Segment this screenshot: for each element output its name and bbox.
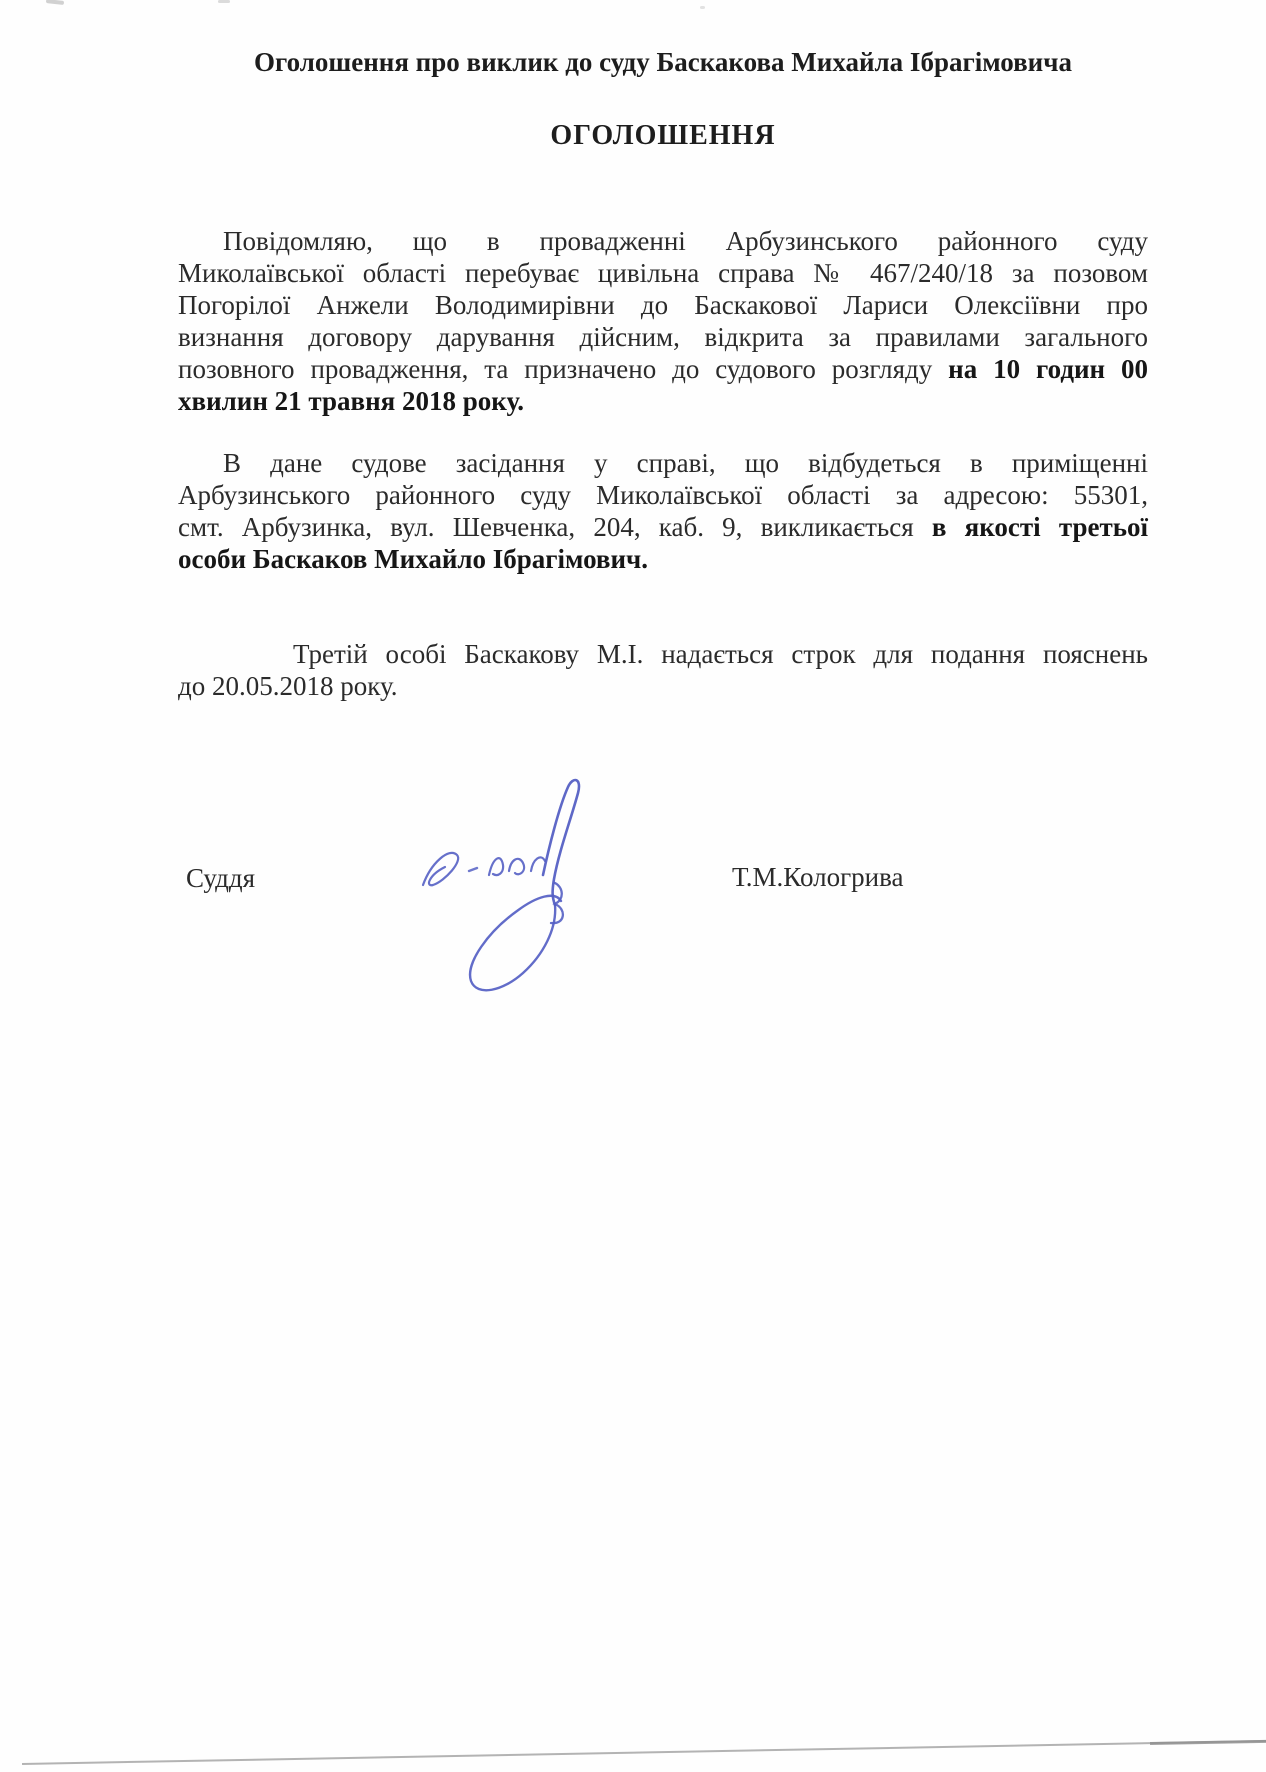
paragraph-case-info: Повідомляю, що в провадженні Арбузинсько… [178, 225, 1148, 417]
text-line: Арбузинського районного суду Миколаївськ… [178, 479, 1148, 511]
announcement-heading: ОГОЛОШЕННЯ [178, 120, 1148, 152]
text-line: до 20.05.2018 року. [178, 670, 1148, 702]
scan-edge-line [22, 1740, 1266, 1765]
scan-speck [218, 0, 230, 3]
judge-name: Т.М.Кологрива [732, 861, 903, 893]
scan-edge-line-dark [1150, 1740, 1266, 1745]
paragraph-deadline: Третій особі Баскакову М.І. надається ст… [178, 638, 1148, 702]
text-line: Повідомляю, що в провадженні Арбузинсько… [178, 225, 1148, 257]
body-text: позовного провадження, та призначено до … [178, 354, 948, 384]
text-line: визнання договору дарування дійсним, від… [178, 321, 1148, 353]
scan-speck [700, 6, 705, 9]
paragraph-hearing-location: В дане судове засідання у справі, що від… [178, 447, 1148, 575]
body-text: В дане судове засідання у справі, що від… [223, 448, 1148, 478]
body-text: Миколаївської області перебуває цивільна… [178, 258, 1148, 288]
emphasized-text: на 10 годин 00 [948, 354, 1148, 384]
emphasized-text: в якості третьої [932, 512, 1148, 542]
text-line: позовного провадження, та призначено до … [178, 353, 1148, 385]
document-title: Оголошення про виклик до суду Баскакова … [178, 46, 1148, 78]
body-text: Арбузинського районного суду Миколаївськ… [178, 480, 1148, 510]
text-line: хвилин 21 травня 2018 року. [178, 385, 1148, 417]
body-text: до 20.05.2018 року. [178, 671, 398, 701]
emphasized-text: особи Баскаков Михайло Ібрагімович. [178, 544, 648, 574]
scan-speck [46, 0, 64, 5]
text-line: смт. Арбузинка, вул. Шевченка, 204, каб.… [178, 511, 1148, 543]
text-line: особи Баскаков Михайло Ібрагімович. [178, 543, 1148, 575]
text-line: Погорілої Анжели Володимирівни до Баскак… [178, 289, 1148, 321]
body-text: Повідомляю, що в провадженні Арбузинсько… [223, 226, 1148, 256]
judge-role-label: Суддя [186, 862, 255, 894]
body-text: визнання договору дарування дійсним, від… [178, 322, 1148, 352]
text-line: В дане судове засідання у справі, що від… [178, 447, 1148, 479]
body-text: Третій особі Баскакову М.І. надається ст… [293, 639, 1148, 669]
text-line: Миколаївської області перебуває цивільна… [178, 257, 1148, 289]
judge-signature-ink [405, 763, 605, 1008]
emphasized-text: хвилин 21 травня 2018 року. [178, 386, 524, 416]
body-text: смт. Арбузинка, вул. Шевченка, 204, каб.… [178, 512, 932, 542]
document-page: Оголошення про виклик до суду Баскакова … [0, 0, 1266, 1772]
body-text: Погорілої Анжели Володимирівни до Баскак… [178, 290, 1148, 320]
text-line: Третій особі Баскакову М.І. надається ст… [178, 638, 1148, 670]
